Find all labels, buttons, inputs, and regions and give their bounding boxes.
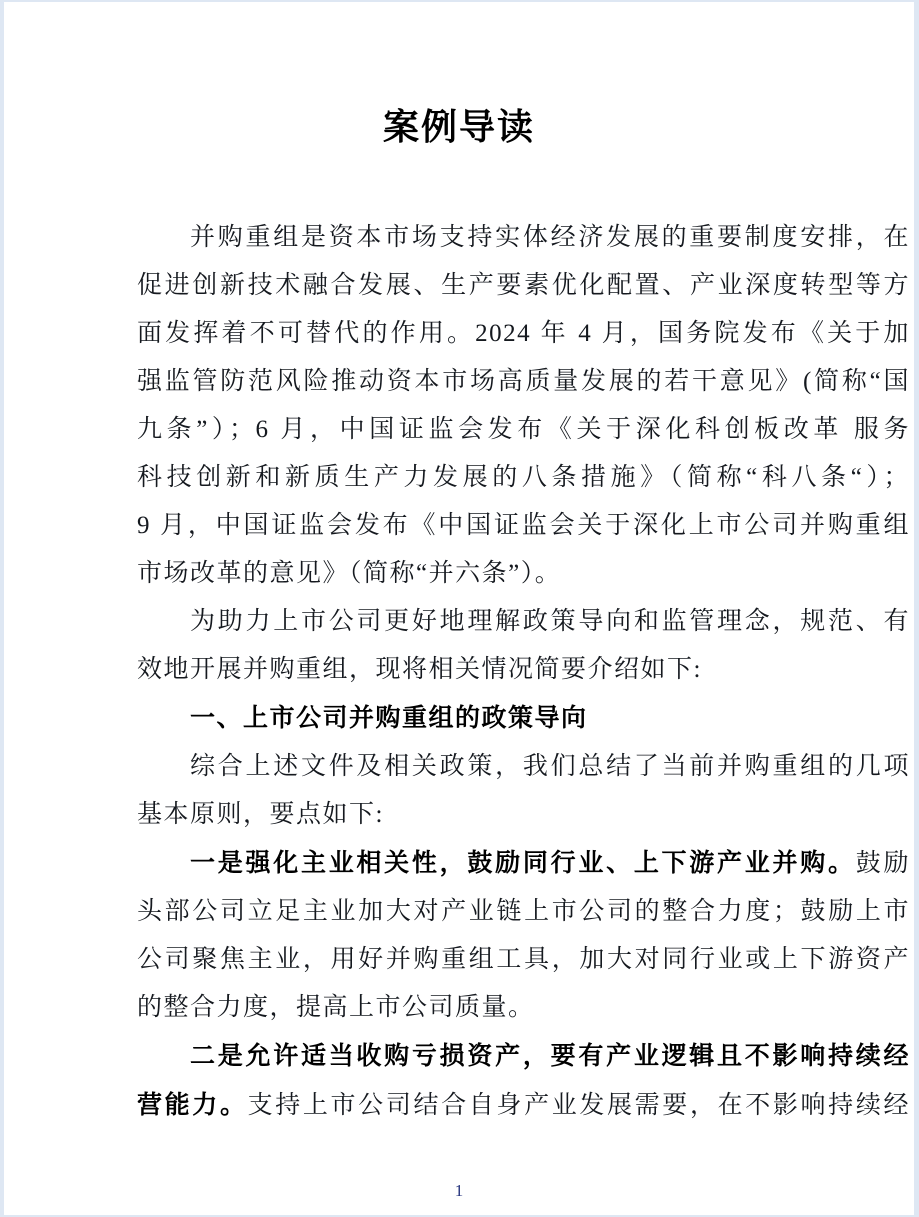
document-body: 并购重组是资本市场支持实体经济发展的重要制度安排，在促进创新技术融合发展、生产要… — [137, 214, 910, 1130]
text-run: 9 月，中国证监会发布《中国证监会关于深化上市公司并购重组 — [137, 512, 910, 539]
text-run: 强监管防范风险推动资本市场高质量发展的若干意见》(简称“国 — [137, 368, 910, 395]
text-run: 鼓励 — [856, 850, 910, 877]
text-run: 面发挥着不可替代的作用。2024 年 4 月，国务院发布《关于加 — [137, 320, 910, 347]
text-line: 强监管防范风险推动资本市场高质量发展的若干意见》(简称“国 — [137, 358, 910, 406]
text-line: 9 月，中国证监会发布《中国证监会关于深化上市公司并购重组 — [137, 502, 910, 550]
text-run: 市场改革的意见》（简称“并六条”）。 — [137, 560, 561, 587]
paragraph: 二是允许适当收购亏损资产，要有产业逻辑且不影响持续经营能力。支持上市公司结合自身… — [137, 1032, 910, 1130]
text-line: 一是强化主业相关性，鼓励同行业、上下游产业并购。鼓励 — [137, 839, 910, 888]
document-title: 案例导读 — [4, 2, 914, 152]
text-line: 的整合力度，提高上市公司质量。 — [137, 984, 910, 1032]
paragraph: 为助力上市公司更好地理解政策导向和监管理念，规范、有效地开展并购重组，现将相关情… — [137, 598, 910, 694]
text-line: 效地开展并购重组，现将相关情况简要介绍如下: — [137, 646, 910, 694]
text-run: 效地开展并购重组，现将相关情况简要介绍如下: — [137, 656, 702, 683]
text-run: 综合上述文件及相关政策，我们总结了当前并购重组的几项 — [190, 753, 910, 780]
page-number: 1 — [4, 1181, 914, 1201]
paragraph: 并购重组是资本市场支持实体经济发展的重要制度安排，在促进创新技术融合发展、生产要… — [137, 214, 910, 598]
text-line: 促进创新技术融合发展、生产要素优化配置、产业深度转型等方 — [137, 262, 910, 310]
text-run: 为助力上市公司更好地理解政策导向和监管理念，规范、有 — [190, 608, 910, 635]
text-line: 为助力上市公司更好地理解政策导向和监管理念，规范、有 — [137, 598, 910, 646]
text-run: 基本原则，要点如下: — [137, 801, 384, 828]
bold-run: 二是允许适当收购亏损资产，要有产业逻辑且不影响持续经 — [190, 1042, 910, 1070]
text-line: 九条”）；6 月，中国证监会发布《关于深化科创板改革 服务 — [137, 406, 910, 454]
text-run: 九条”）；6 月，中国证监会发布《关于深化科创板改革 服务 — [137, 416, 910, 443]
section-heading: 一、上市公司并购重组的政策导向 — [137, 694, 910, 743]
bold-run: 营能力。 — [137, 1091, 248, 1119]
bold-run: 一、上市公司并购重组的政策导向 — [190, 704, 588, 732]
text-line: 综合上述文件及相关政策，我们总结了当前并购重组的几项 — [137, 743, 910, 791]
text-run: 头部公司立足主业加大对产业链上市公司的整合力度；鼓励上市 — [137, 898, 910, 925]
document-page: 案例导读 并购重组是资本市场支持实体经济发展的重要制度安排，在促进创新技术融合发… — [4, 2, 914, 1215]
text-line: 头部公司立足主业加大对产业链上市公司的整合力度；鼓励上市 — [137, 888, 910, 936]
text-line: 二是允许适当收购亏损资产，要有产业逻辑且不影响持续经 — [137, 1032, 910, 1081]
text-run: 公司聚焦主业，用好并购重组工具，加大对同行业或上下游资产 — [137, 946, 910, 973]
text-line: 一、上市公司并购重组的政策导向 — [137, 694, 910, 743]
text-run: 支持上市公司结合自身产业发展需要，在不影响持续经 — [248, 1092, 910, 1119]
text-line: 面发挥着不可替代的作用。2024 年 4 月，国务院发布《关于加 — [137, 310, 910, 358]
text-run: 并购重组是资本市场支持实体经济发展的重要制度安排，在 — [190, 224, 910, 251]
text-run: 科技创新和新质生产力发展的八条措施》（简称“科八条“）； — [137, 464, 910, 491]
text-line: 基本原则，要点如下: — [137, 791, 910, 839]
text-line: 营能力。支持上市公司结合自身产业发展需要，在不影响持续经 — [137, 1081, 910, 1130]
text-line: 公司聚焦主业，用好并购重组工具，加大对同行业或上下游资产 — [137, 936, 910, 984]
text-run: 的整合力度，提高上市公司质量。 — [137, 994, 535, 1021]
paragraph: 综合上述文件及相关政策，我们总结了当前并购重组的几项基本原则，要点如下: — [137, 743, 910, 839]
text-line: 市场改革的意见》（简称“并六条”）。 — [137, 550, 910, 598]
paragraph: 一是强化主业相关性，鼓励同行业、上下游产业并购。鼓励头部公司立足主业加大对产业链… — [137, 839, 910, 1032]
text-line: 并购重组是资本市场支持实体经济发展的重要制度安排，在 — [137, 214, 910, 262]
text-line: 科技创新和新质生产力发展的八条措施》（简称“科八条“）； — [137, 454, 910, 502]
text-run: 促进创新技术融合发展、生产要素优化配置、产业深度转型等方 — [137, 272, 910, 299]
bold-run: 一是强化主业相关性，鼓励同行业、上下游产业并购。 — [190, 849, 856, 877]
